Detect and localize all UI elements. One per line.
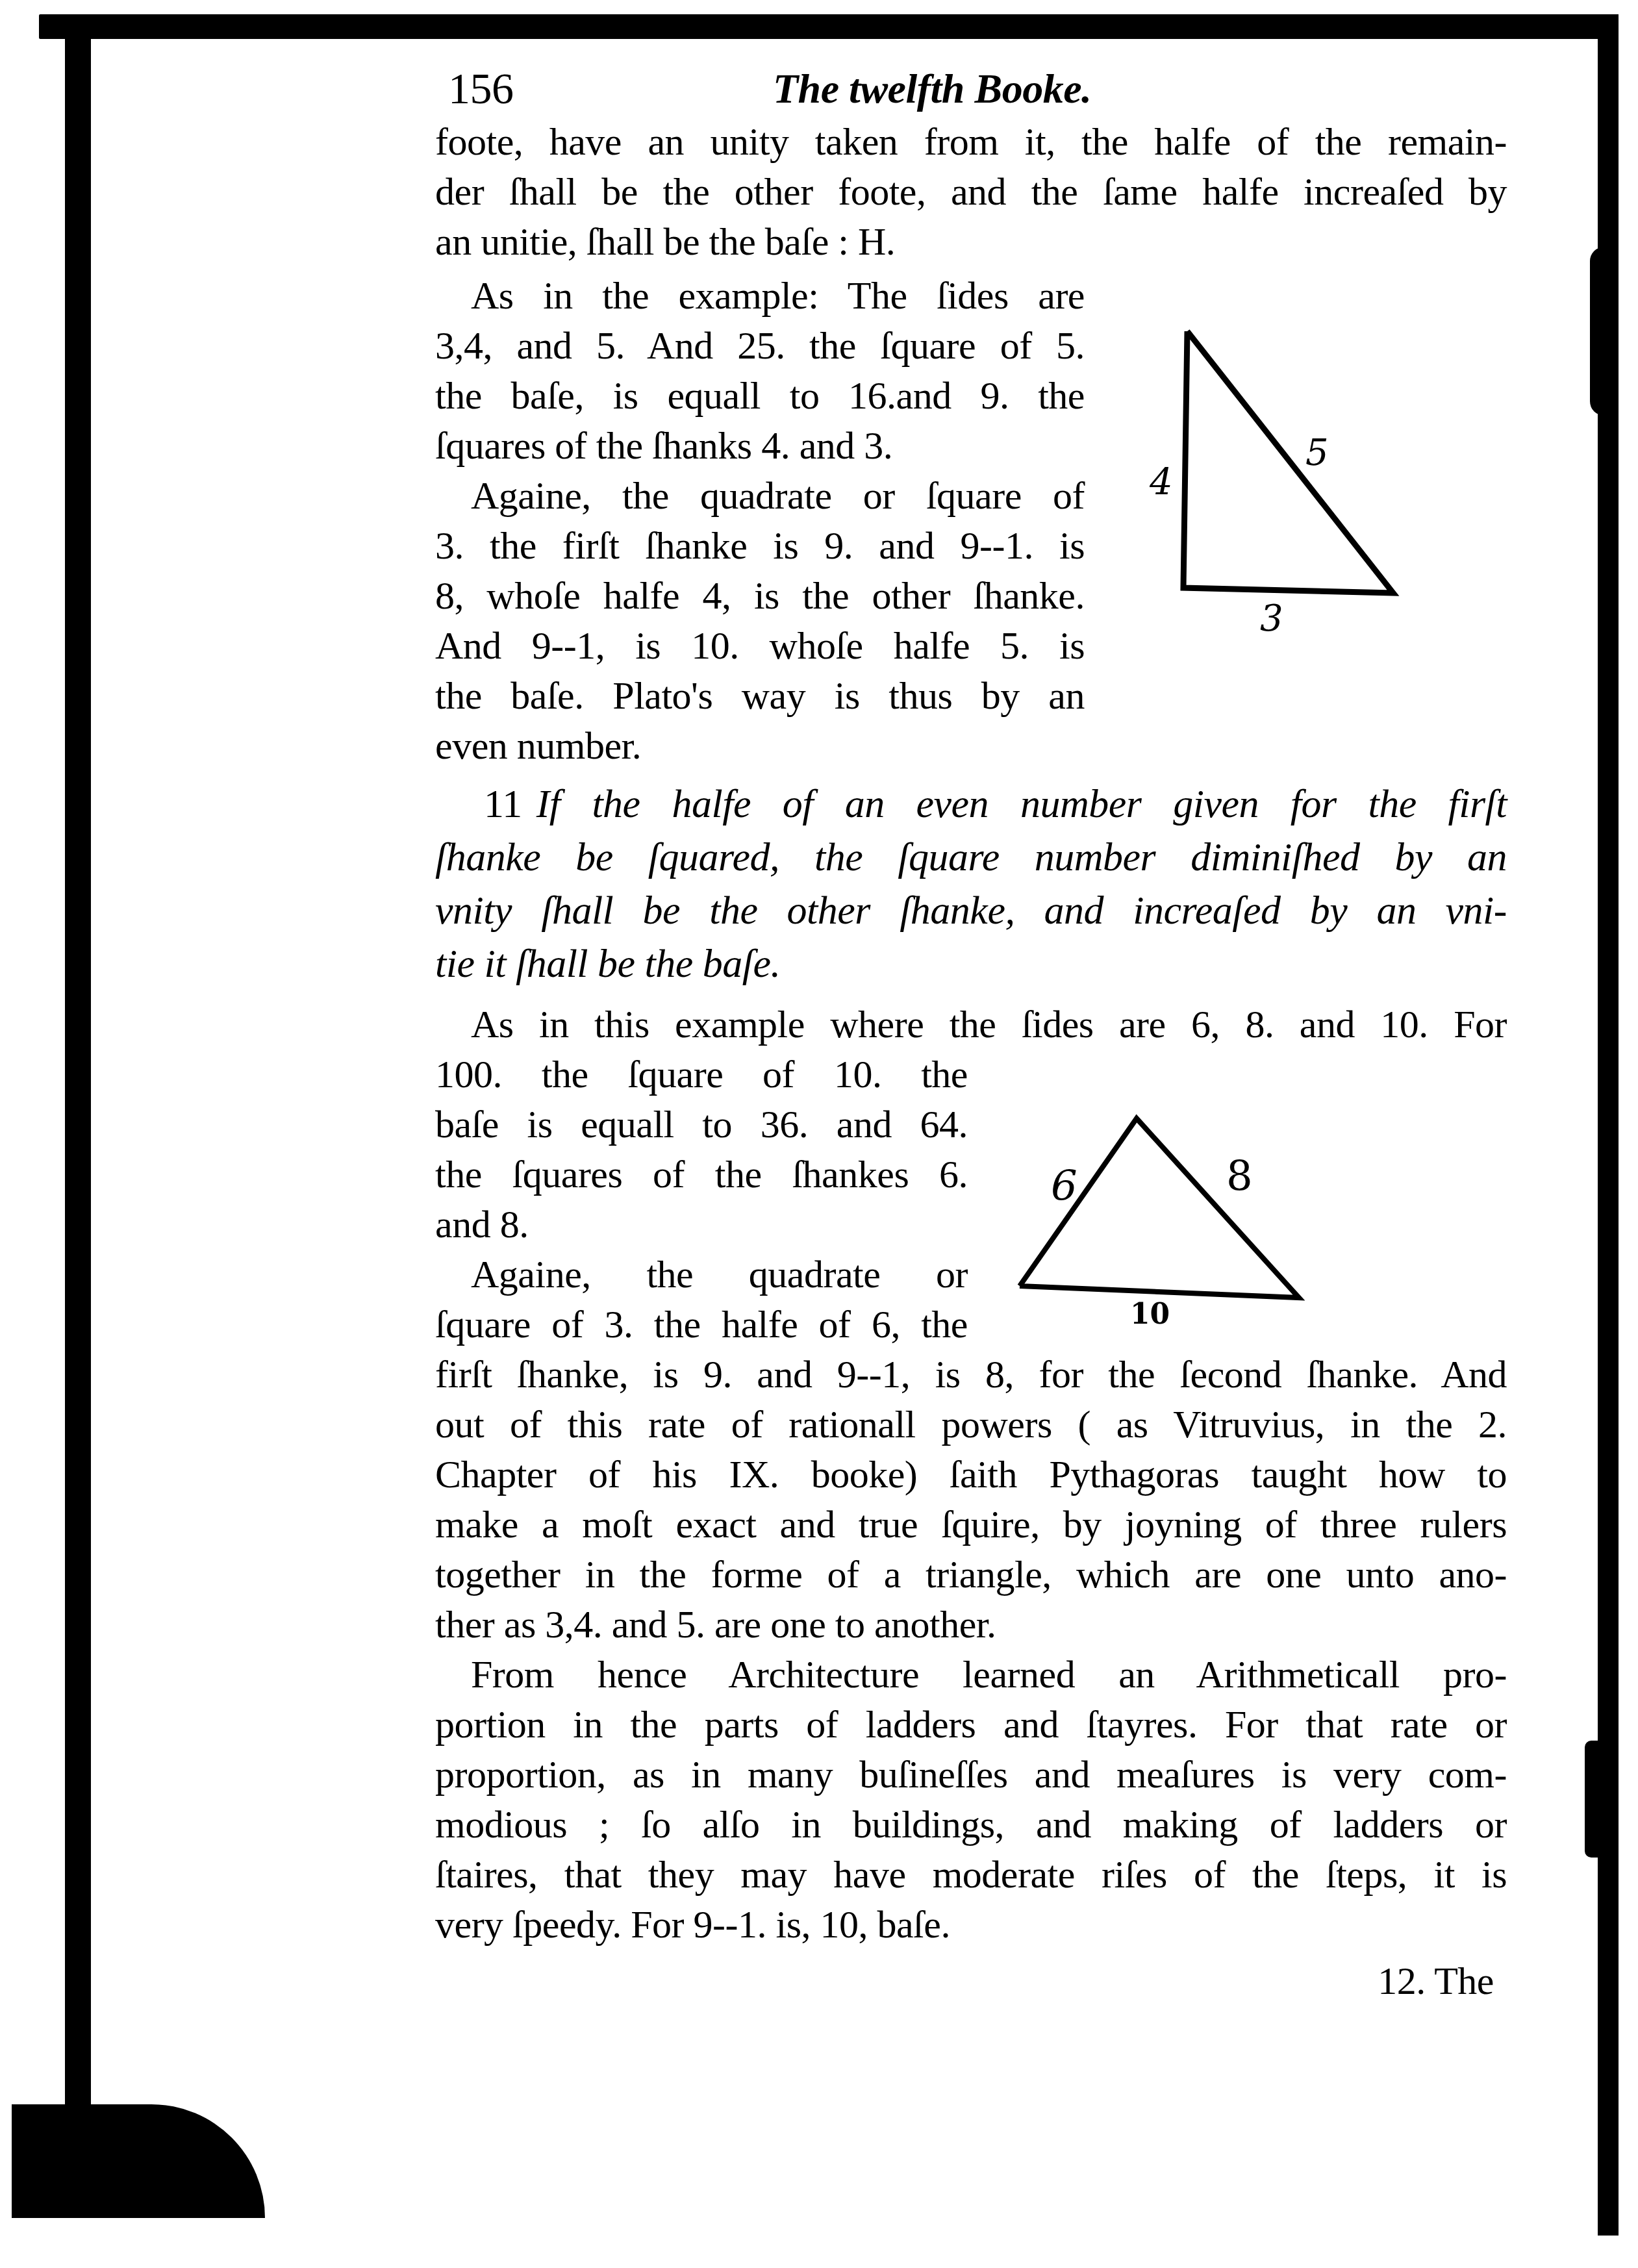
text-line: the baſe. Plato's way is thus by an xyxy=(435,671,1085,721)
running-head: 156 The twelfth Booke. xyxy=(435,52,1507,117)
paragraph-example-6810-narrow: 100. the ſquare of 10. the baſe is equal… xyxy=(435,1050,968,1250)
paragraph-quadrate-6: Againe, the quadrate or ſquare of 3. the… xyxy=(435,1250,968,1350)
text-line: out of this rate of rationall powers ( a… xyxy=(435,1400,1507,1450)
text-line: Againe, the quadrate or xyxy=(435,1250,968,1300)
text-line: together in the forme of a triangle, whi… xyxy=(435,1550,1507,1600)
text-line: der ſhall be the other foote, and the ſa… xyxy=(435,167,1507,217)
text-line: ther as 3,4. and 5. are one to another. xyxy=(435,1600,1507,1650)
text-line: even number. xyxy=(435,721,1085,771)
running-title: The twelfth Booke. xyxy=(773,64,1092,114)
text-line: proportion, as in many buſineſſes and me… xyxy=(435,1750,1507,1800)
figure-right-triangle-345: 4 5 3 xyxy=(1143,312,1455,675)
text-line: 11If the halfe of an even number given f… xyxy=(435,777,1507,831)
text-line: ſquares of the ſhanks 4. and 3. xyxy=(435,421,1085,471)
text-line: baſe is equall to 36. and 64. xyxy=(435,1100,968,1150)
text-line: From hence Architecture learned an Arith… xyxy=(435,1650,1507,1700)
scan-border-left xyxy=(65,14,91,2125)
text-line: very ſpeedy. For 9--1. is, 10, baſe. xyxy=(435,1900,1507,1950)
text-line: And 9--1, is 10. whoſe halfe 5. is xyxy=(435,621,1085,671)
right-triangle-drawing xyxy=(1143,312,1455,675)
label-hypotenuse-5: 5 xyxy=(1305,432,1329,474)
proposition-number: 11 xyxy=(484,782,522,826)
text-line: foote, have an unity taken from it, the … xyxy=(435,117,1507,167)
figure-triangle-6810: 6 8 10 xyxy=(1000,1091,1468,1351)
text-line: an unitie, ſhall be the baſe : H. xyxy=(435,217,1507,267)
scan-border-right-bulge-lower xyxy=(1585,1741,1619,1858)
text-line: modious ; ſo alſo in buildings, and maki… xyxy=(435,1800,1507,1850)
text-line: 8, whoſe halfe 4, is the other ſhanke. xyxy=(435,571,1085,621)
label-side-4: 4 xyxy=(1150,461,1173,503)
text-line: make a moſt exact and true ſquire, by jo… xyxy=(435,1500,1507,1550)
text-line: and 8. xyxy=(435,1200,968,1250)
text-line: Chapter of his IX. booke) ſaith Pythagor… xyxy=(435,1450,1507,1500)
paragraph-example-6810: As in this example where the ſides are 6… xyxy=(435,1000,1507,1050)
label-side-8: 8 xyxy=(1226,1153,1253,1201)
paragraph-architecture: From hence Architecture learned an Arith… xyxy=(435,1650,1507,1950)
text-line: ſtaires, that they may have moderate riſ… xyxy=(435,1850,1507,1900)
scan-corner-shadow xyxy=(12,2104,265,2218)
text-line: ſquare of 3. the halfe of 6, the xyxy=(435,1300,968,1350)
text-line: As in the example: The ſides are xyxy=(435,271,1085,321)
paragraph-vitruvius: firſt ſhanke, is 9. and 9--1, is 8, for … xyxy=(435,1350,1507,1650)
proposition-11: 11If the halfe of an even number given f… xyxy=(435,777,1507,990)
page-number: 156 xyxy=(448,64,514,114)
label-base-10: 10 xyxy=(1130,1298,1170,1331)
text-line: firſt ſhanke, is 9. and 9--1, is 8, for … xyxy=(435,1350,1507,1400)
paragraph-example-345: As in the example: The ſides are 3,4, an… xyxy=(435,271,1085,471)
text-line: ſhanke be ſquared, the ſquare number dim… xyxy=(435,831,1507,884)
scan-border-top xyxy=(39,14,1604,39)
text-line: portion in the parts of ladders and ſtay… xyxy=(435,1700,1507,1750)
text-line: 3. the firſt ſhanke is 9. and 9--1. is xyxy=(435,521,1085,571)
text-line: the baſe, is equall to 16.and 9. the xyxy=(435,371,1085,421)
label-base-3: 3 xyxy=(1260,598,1283,640)
text-line: Againe, the quadrate or ſquare of xyxy=(435,471,1085,521)
triangle-drawing xyxy=(1000,1091,1468,1351)
catchword: 12. The xyxy=(1378,1956,1494,2006)
text-line: 100. the ſquare of 10. the xyxy=(435,1050,968,1100)
text-line: 3,4, and 5. And 25. the ſquare of 5. xyxy=(435,321,1085,371)
proposition-text: If the halfe of an even number given for… xyxy=(536,782,1507,826)
paragraph-quadrate-3: Againe, the quadrate or ſquare of 3. the… xyxy=(435,471,1085,771)
label-side-6: 6 xyxy=(1051,1163,1077,1211)
catchword-row: 12. The xyxy=(435,1950,1507,2008)
text-line: the ſquares of the ſhankes 6. xyxy=(435,1150,968,1200)
text-line: As in this example where the ſides are 6… xyxy=(435,1000,1507,1050)
text-line: tie it ſhall be the baſe. xyxy=(435,937,1507,990)
scan-border-right-bulge xyxy=(1590,247,1619,416)
paragraph-continuation: foote, have an unity taken from it, the … xyxy=(435,117,1507,267)
text-line: vnity ſhall be the other ſhanke, and inc… xyxy=(435,884,1507,937)
